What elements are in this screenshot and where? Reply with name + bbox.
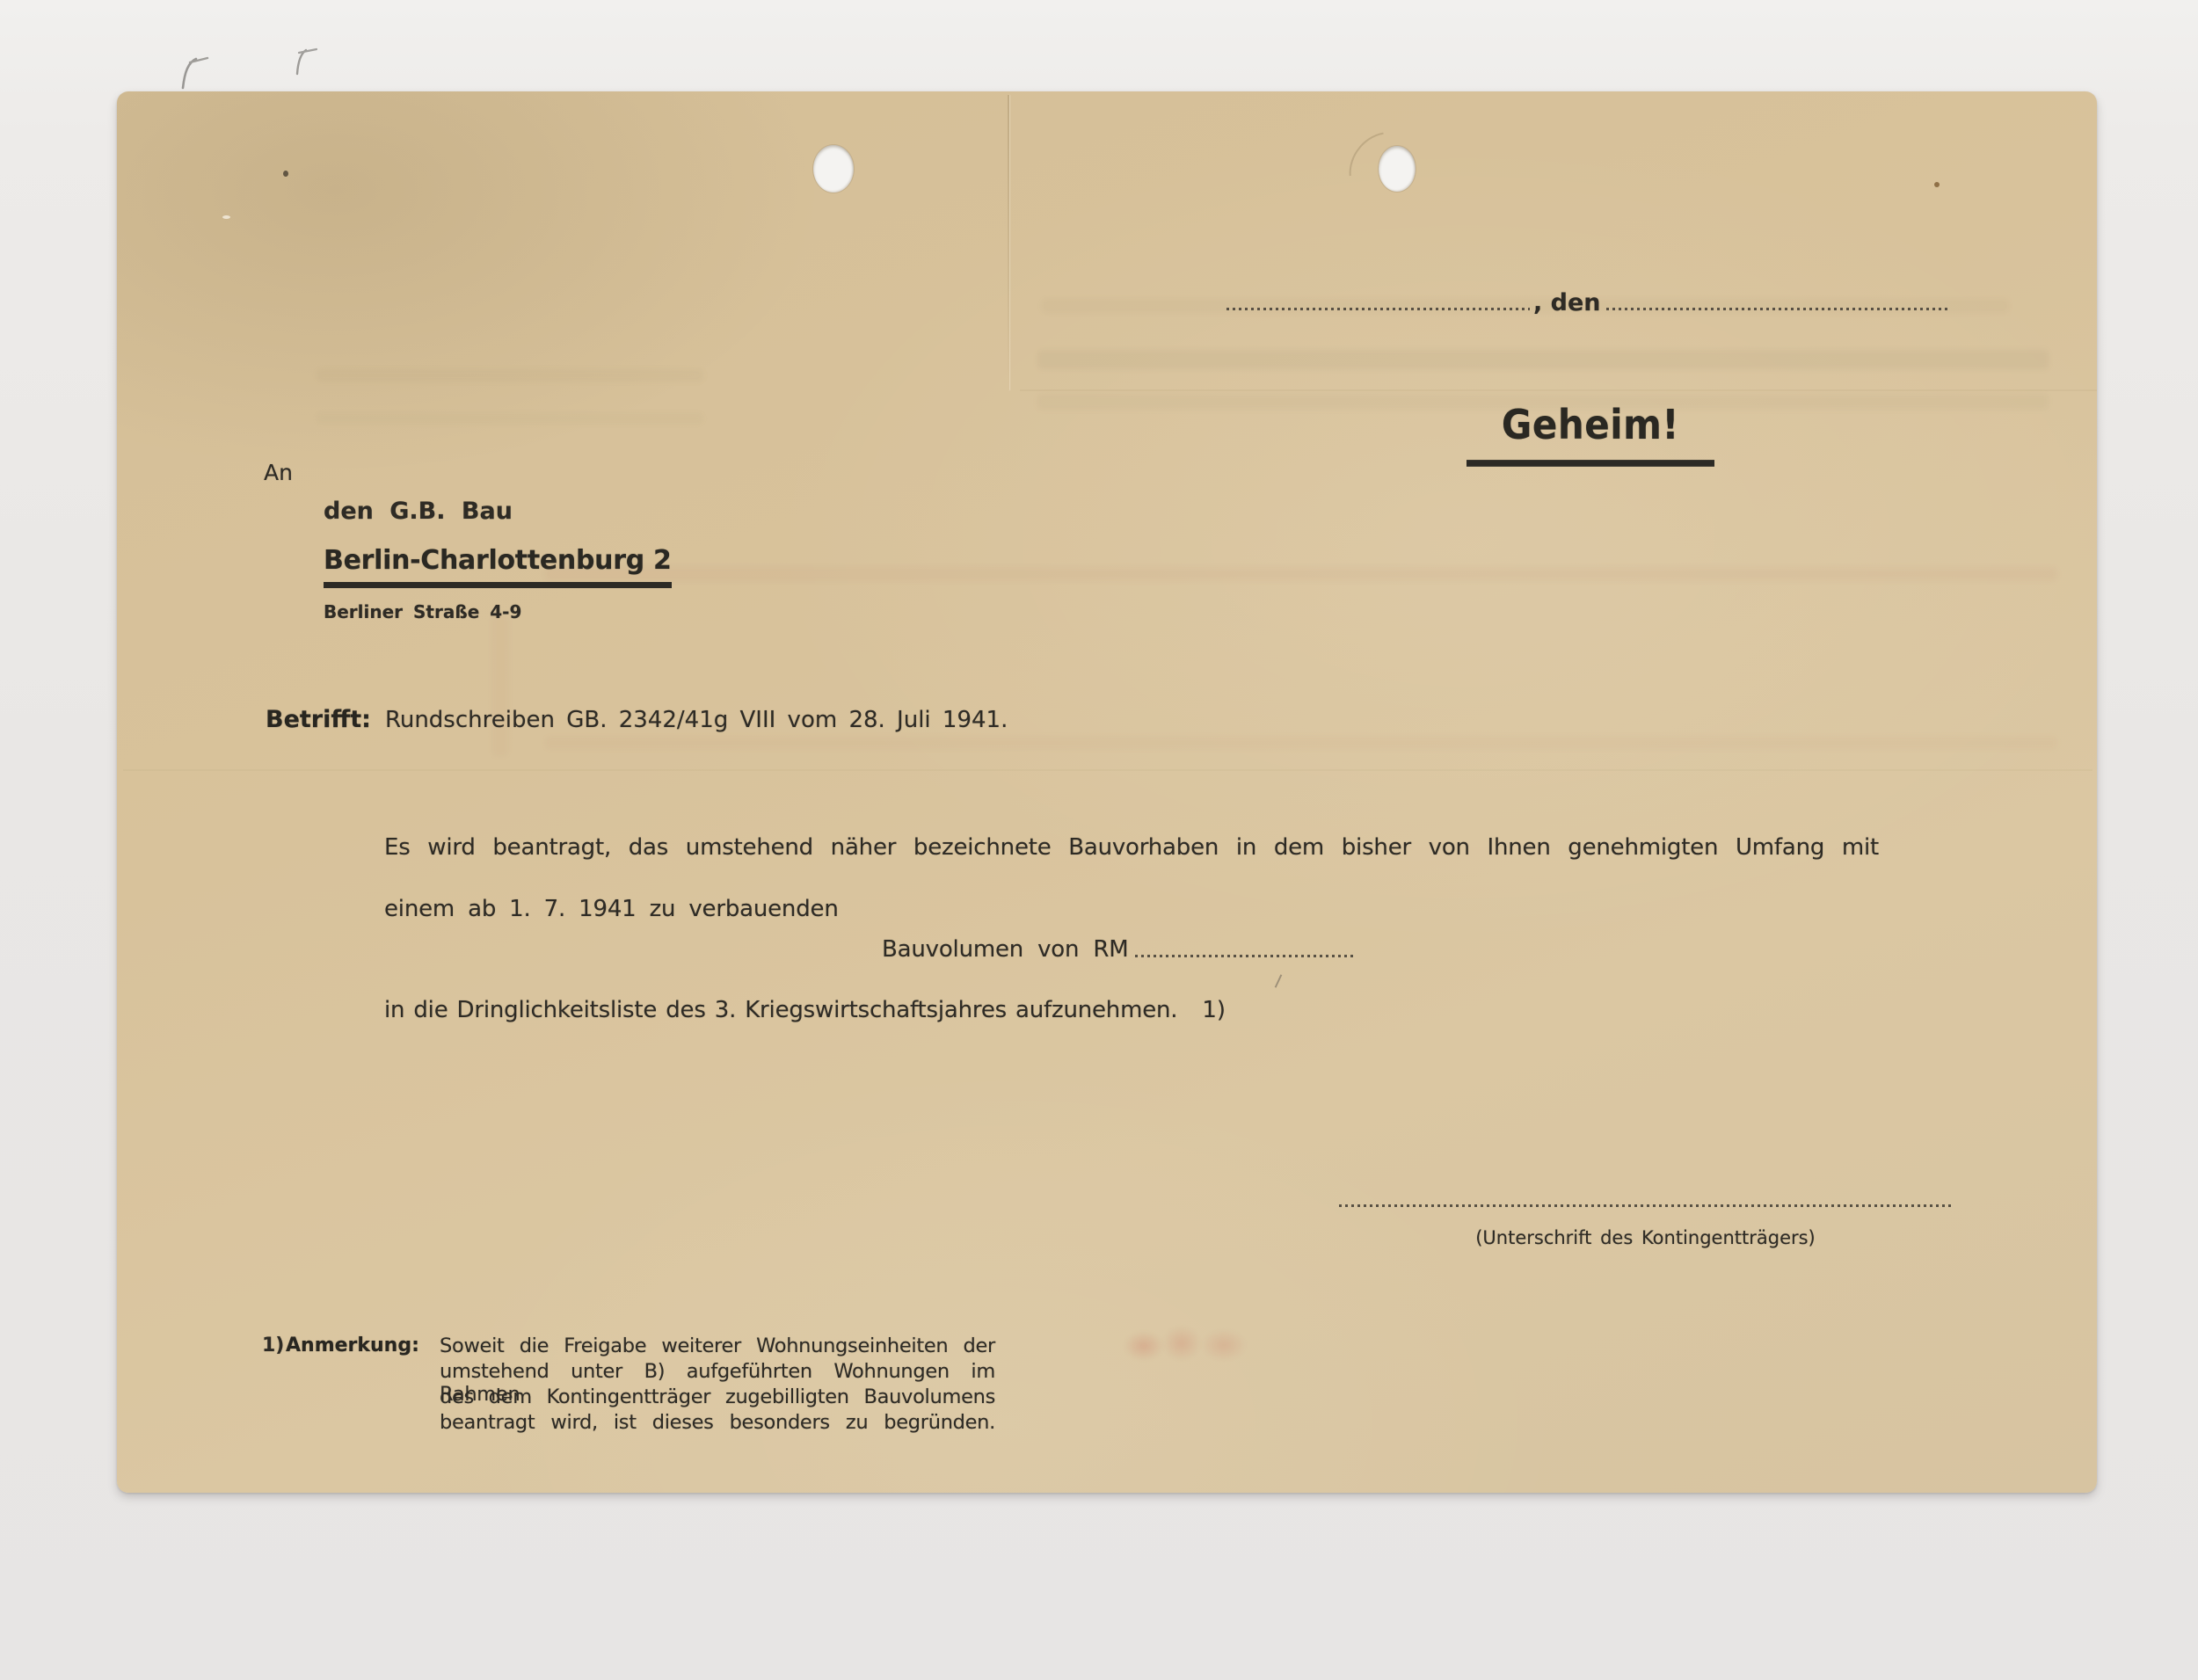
footnote-reference: 1) (1202, 997, 1226, 1023)
paper-speck (283, 171, 288, 177)
punch-hole-right (1379, 146, 1416, 192)
date-fill-line (1606, 308, 1951, 310)
paper-document: , den Geheim! An den G.B. Bau Berlin-Cha… (117, 91, 2097, 1493)
bleed-through-mark (545, 567, 2057, 581)
subject-line: Betrifft: Rundschreiben GB. 2342/41g VII… (266, 706, 1008, 733)
pencil-mark-icon (172, 49, 220, 91)
faded-red-stamp (1117, 1319, 1266, 1371)
pencil-mark-icon (285, 42, 325, 79)
volume-line: Bauvolumen von RM (882, 936, 1355, 963)
stray-pen-mark (1275, 974, 1283, 987)
footnote-text: Soweit die Freigabe weiterer Wohnungsein… (440, 1335, 995, 1436)
date-label: , den (1533, 290, 1601, 316)
fold-crease (1008, 95, 1009, 390)
recipient-street: Berliner Straße 4-9 (324, 601, 521, 622)
volume-label: Bauvolumen von RM (882, 936, 1128, 963)
scan-background: , den Geheim! An den G.B. Bau Berlin-Cha… (0, 0, 2198, 1680)
punch-hole-left (813, 145, 854, 193)
recipient-name: den G.B. Bau (324, 498, 513, 525)
footnote-label: Anmerkung: (286, 1335, 419, 1356)
body-line-3-text: in die Dringlichkeitsliste des 3. Kriegs… (384, 997, 1177, 1023)
recipient-salutation: An (264, 460, 293, 485)
body-line-3: in die Dringlichkeitsliste des 3. Kriegs… (384, 997, 1226, 1023)
fold-crease (1020, 389, 2097, 391)
bleed-through-mark (545, 737, 2057, 749)
paper-speck (1934, 182, 1940, 187)
paper-speck (222, 215, 230, 219)
bleed-through-mark (317, 413, 703, 424)
bleed-through-mark (317, 369, 703, 382)
footnote-line: Soweit die Freigabe weiterer Wohnungsein… (440, 1335, 995, 1360)
footnote-line: umstehend unter B) aufgeführten Wohnunge… (440, 1360, 995, 1385)
signature-block: (Unterschrift des Kontingentträgers) (1339, 1204, 1952, 1248)
body-line-2: einem ab 1. 7. 1941 zu verbauenden (384, 896, 839, 922)
classification-heading: Geheim! (1467, 401, 1714, 467)
place-fill-line (1226, 308, 1530, 310)
bleed-through-mark (1037, 350, 2049, 369)
fold-crease (123, 769, 2092, 771)
signature-caption: (Unterschrift des Kontingentträgers) (1339, 1227, 1952, 1248)
date-line: , den (1226, 281, 1951, 316)
body-line-1: Es wird beantragt, das umstehend näher b… (384, 834, 1879, 861)
footnote-line: beantragt wird, ist dieses besonders zu … (440, 1411, 995, 1436)
volume-fill-line (1135, 955, 1355, 957)
subject-text: Rundschreiben GB. 2342/41g VIII vom 28. … (385, 707, 1008, 733)
signature-fill-line (1339, 1204, 1952, 1207)
bleed-through-mark (492, 615, 508, 756)
recipient-city: Berlin-Charlottenburg 2 (324, 545, 672, 588)
subject-label: Betrifft: (266, 706, 371, 733)
footnote-line: des dem Kontingentträger zugebilligten B… (440, 1385, 995, 1411)
footnote-ref: 1) (262, 1335, 284, 1356)
